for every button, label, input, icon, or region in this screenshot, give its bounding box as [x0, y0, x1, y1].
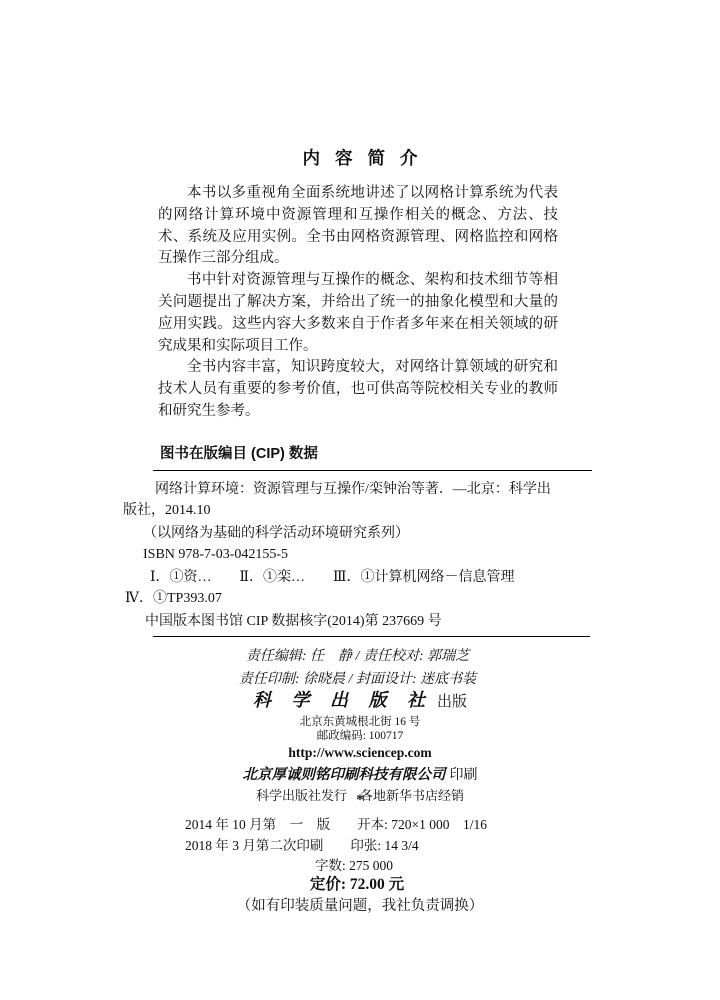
- publisher-website: http://www.sciencep.com: [0, 744, 720, 761]
- edition-line: 2014 年 10 月第 一 版 开本: 720×1 000 1/16: [185, 813, 487, 833]
- intro-body: 本书以多重视角全面系统地讲述了以网格计算系统为代表的网络计算环境中资源管理和互操…: [158, 183, 558, 423]
- intro-paragraph: 全书内容丰富，知识跨度较大，对网络计算领域的研究和技术人员有重要的参考价值，也可…: [158, 357, 558, 422]
- intro-paragraph: 本书以多重视角全面系统地讲述了以网格计算系统为代表的网络计算环境中资源管理和互操…: [158, 183, 558, 270]
- cip-classification-2: Ⅳ．①TP393.07: [125, 588, 592, 609]
- separator-asterisk: *: [0, 792, 720, 809]
- printer-line: 北京厚诚则铭印刷科技有限公司 印刷: [0, 765, 720, 785]
- printer-name: 北京厚诚则铭印刷科技有限公司: [243, 767, 446, 783]
- intro-paragraph: 书中针对资源管理与互操作的概念、架构和技术细节等相关问题提出了解决方案，并给出了…: [158, 270, 558, 357]
- publisher-block: 科 学 出 版 社 出版 北京东黄城根北街 16 号 邮政编码: 100717 …: [0, 690, 720, 804]
- printing-line: 2018 年 3 月第二次印刷 印张: 14 3/4: [185, 834, 419, 854]
- cip-isbn: ISBN 978-7-03-042155-5: [143, 544, 592, 565]
- cip-entry-line2: 版社，2014.10: [123, 500, 592, 521]
- cip-classification-1: Ⅰ．①资… Ⅱ．①栾… Ⅲ．①计算机网络－信息管理: [150, 567, 592, 588]
- staff-line-editor: 责任编辑: 任 静 / 责任校对: 郭瑞芝: [123, 645, 592, 668]
- word-count: 字数: 275 000: [0, 854, 708, 874]
- cip-series: （以网络为基础的科学活动环境研究系列）: [143, 523, 592, 544]
- cip-divider: [153, 636, 590, 637]
- intro-title: 内容简介: [0, 145, 720, 170]
- staff-credits: 责任编辑: 任 静 / 责任校对: 郭瑞芝 责任印制: 徐晓晨 / 封面设计: …: [123, 645, 592, 691]
- cip-block: 图书在版编目 (CIP) 数据 网络计算环境：资源管理与互操作/栾钟治等著．—北…: [123, 444, 592, 691]
- publisher-address: 北京东黄城根北街 16 号: [0, 715, 720, 729]
- cip-lines: 网络计算环境：资源管理与互操作/栾钟治等著．—北京：科学出 版社，2014.10…: [123, 479, 592, 632]
- quality-note: （如有印装质量问题，我社负责调换）: [0, 894, 720, 915]
- cip-header-row: 图书在版编目 (CIP) 数据: [153, 444, 592, 471]
- publisher-name: 科 学 出 版 社: [253, 690, 433, 710]
- publisher-postcode: 邮政编码: 100717: [0, 729, 720, 743]
- publisher-name-line: 科 学 出 版 社 出版: [0, 690, 720, 712]
- printer-suffix: 印刷: [450, 768, 478, 783]
- cip-entry-line1: 网络计算环境：资源管理与互操作/栾钟治等著．—北京：科学出: [155, 479, 592, 500]
- publisher-name-suffix: 出版: [437, 694, 467, 710]
- cip-header: 图书在版编目 (CIP) 数据: [160, 446, 318, 462]
- price: 定价: 72.00 元: [0, 872, 714, 894]
- staff-line-printing: 责任印制: 徐晓晨 / 封面设计: 迷底书装: [123, 668, 592, 691]
- cip-record-number: 中国版本图书馆 CIP 数据核字(2014)第 237669 号: [145, 611, 592, 632]
